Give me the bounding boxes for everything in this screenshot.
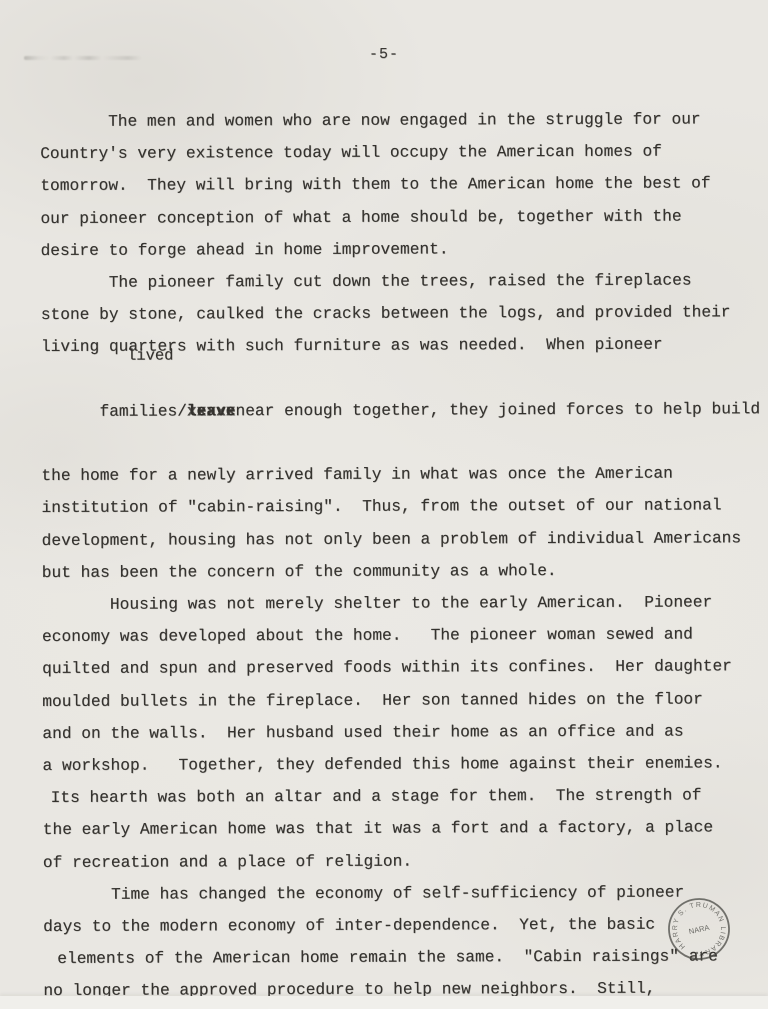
text-line: the early American home was that it was … (43, 812, 759, 847)
text-line: a workshop. Together, they defended this… (42, 747, 758, 782)
text-line: institution of "cabin-raising". Thus, fr… (41, 490, 757, 525)
text-line: Country's very existence today will occu… (40, 135, 756, 170)
struck-out-word: leavexxxxx (187, 395, 236, 427)
text-line: tomorrow. They will bring with them to t… (40, 168, 756, 203)
overstrike-xes: xxxxx (187, 395, 236, 427)
text-line: of recreation and a place of religion. (43, 844, 759, 879)
text-line: and on the walls. Her husband used their… (42, 715, 758, 750)
correction-prefix: families/ (99, 402, 187, 420)
text-line: Time has changed the economy of self-suf… (43, 876, 759, 911)
stamp-dot (696, 952, 698, 954)
stamp-center-text: NARA (688, 923, 710, 936)
typed-insertion: lived (127, 347, 174, 363)
page-number: -5- (0, 46, 768, 63)
corrected-text-line: livedfamilies/leavexxxxxnear enough toge… (41, 361, 757, 460)
text-line: the home for a newly arrived family in w… (41, 457, 757, 492)
text-line: stone by stone, caulked the cracks betwe… (41, 296, 757, 331)
text-line: economy was developed about the home. Th… (42, 618, 758, 653)
text-line: moulded bullets in the fireplace. Her so… (42, 683, 758, 718)
text-line: Housing was not merely shelter to the ea… (42, 586, 758, 621)
typewritten-text-block: The men and women who are now engaged in… (40, 103, 759, 1007)
correction-rest: near enough together, they joined forces… (235, 400, 760, 420)
text-line: The men and women who are now engaged in… (40, 103, 756, 138)
text-line: days to the modern economy of inter-depe… (43, 908, 759, 943)
text-line: development, housing has not only been a… (42, 522, 758, 557)
text-line: Its hearth was both an altar and a stage… (43, 780, 759, 815)
text-line: desire to forge ahead in home improvemen… (40, 232, 756, 267)
scan-bottom-edge (0, 996, 768, 1009)
text-line: quilted and spun and preserved foods wit… (42, 651, 758, 686)
truman-library-stamp-icon: HARRY S. TRUMAN LIBRARY NARA (657, 887, 741, 971)
text-line: but has been the concern of the communit… (42, 554, 758, 589)
text-line: elements of the American home remain the… (43, 941, 759, 976)
document-page: -5- The men and women who are now engage… (0, 0, 768, 1009)
text-line: our pioneer conception of what a home sh… (40, 200, 756, 235)
text-line: The pioneer family cut down the trees, r… (41, 264, 757, 299)
